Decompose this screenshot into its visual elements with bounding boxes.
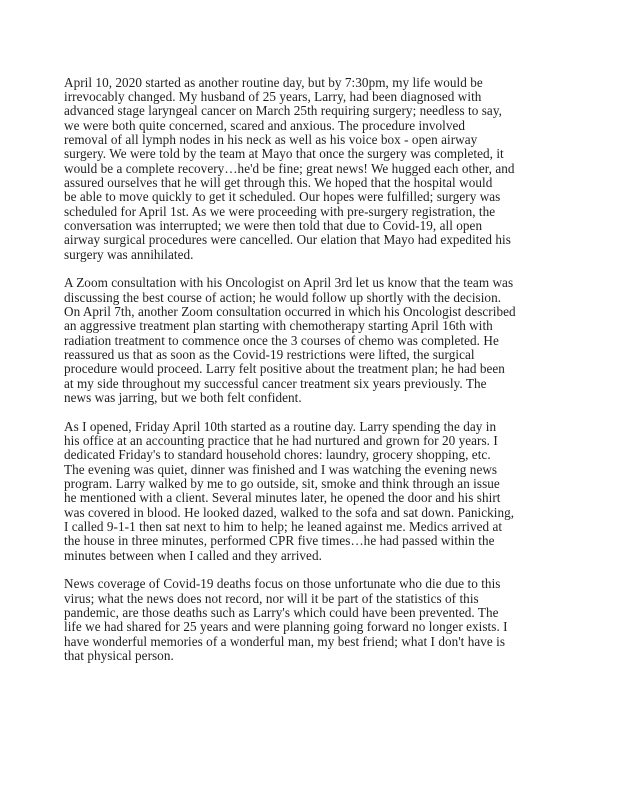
text-line: his office at an accounting practice tha… — [64, 434, 498, 448]
text-line: advanced stage laryngeal cancer on March… — [64, 104, 502, 118]
text-line: assured ourselves that he will get throu… — [64, 176, 492, 190]
text-line: minutes between when I called and they a… — [64, 549, 322, 563]
text-line: would be a complete recovery…he'd be fin… — [64, 162, 515, 176]
text-line: removal of all lymph nodes in his neck a… — [64, 133, 477, 147]
document-page: April 10, 2020 started as another routin… — [0, 0, 618, 800]
text-line: be able to move quickly to get it schedu… — [64, 190, 500, 204]
text-line: News coverage of Covid-19 deaths focus o… — [64, 577, 500, 591]
text-line: at my side throughout my successful canc… — [64, 377, 487, 391]
text-line: radiation treatment to commence once the… — [64, 334, 499, 348]
text-line: surgery was annihilated. — [64, 248, 194, 262]
text-line: we were both quite concerned, scared and… — [64, 119, 465, 133]
text-line: conversation was interrupted; we were th… — [64, 219, 482, 233]
text-line: The evening was quiet, dinner was finish… — [64, 463, 497, 477]
text-line: reassured us that as soon as the Covid-1… — [64, 348, 475, 362]
text-line: surgery. We were told by the team at May… — [64, 147, 504, 161]
text-line: I called 9-1-1 then sat next to him to h… — [64, 520, 502, 534]
text-line: life we had shared for 25 years and were… — [64, 620, 508, 634]
text-line: that physical person. — [64, 649, 174, 663]
text-line: discussing the best course of action; he… — [64, 291, 501, 305]
text-line: As I opened, Friday April 10th started a… — [64, 420, 496, 434]
text-line: dedicated Friday's to standard household… — [64, 448, 491, 462]
text-line: an aggressive treatment plan starting wi… — [64, 319, 493, 333]
text-line: On April 7th, another Zoom consultation … — [64, 305, 516, 319]
text-line: irrevocably changed. My husband of 25 ye… — [64, 90, 481, 104]
text-line: the house in three minutes, performed CP… — [64, 534, 495, 548]
text-line: he mentioned with a client. Several minu… — [64, 491, 501, 505]
text-line: virus; what the news does not record, no… — [64, 592, 479, 606]
text-line: A Zoom consultation with his Oncologist … — [64, 276, 513, 290]
text-line: news was jarring, but we both felt confi… — [64, 391, 302, 405]
text-line: April 10, 2020 started as another routin… — [64, 76, 483, 90]
text-line: airway surgical procedures were cancelle… — [64, 233, 511, 247]
text-line: pandemic, are those deaths such as Larry… — [64, 606, 499, 620]
text-line: program. Larry walked by me to go outsid… — [64, 477, 500, 491]
text-line: procedure would proceed. Larry felt posi… — [64, 362, 505, 376]
text-line: scheduled for April 1st. As we were proc… — [64, 205, 495, 219]
text-line: was covered in blood. He looked dazed, w… — [64, 506, 514, 520]
text-line: have wonderful memories of a wonderful m… — [64, 635, 505, 649]
